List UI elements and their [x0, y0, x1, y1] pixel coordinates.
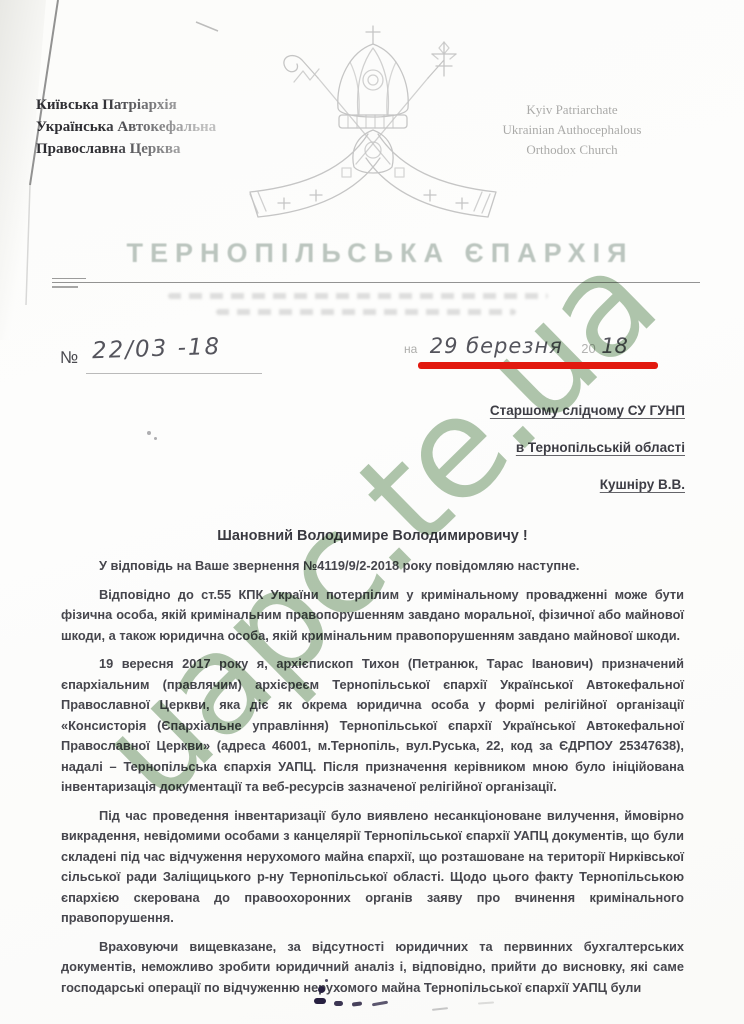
header-divider [52, 282, 700, 283]
faint-address-line [168, 293, 548, 299]
paragraph: Враховуючи вищевказане, за відсутності ю… [61, 937, 684, 999]
date-year-handwritten: 18 [601, 334, 628, 358]
paragraph: Відповідно до ст.55 КПК України потерпіл… [61, 585, 684, 647]
header-divider-tick [52, 278, 86, 279]
addressee-line: Старшому слідчому СУ ГУНП [490, 392, 685, 429]
outgoing-number-sign: № [60, 348, 78, 368]
faint-mark [432, 1007, 448, 1011]
number-underline [86, 373, 262, 374]
addressee-line: в Тернопільській області [490, 429, 685, 466]
date-handwritten: 29 березня [430, 334, 563, 358]
addressee-line: Кушніру В.В. [490, 466, 685, 503]
date-printed-prefix: на [404, 342, 417, 356]
church-mitre-emblem-icon [238, 18, 508, 236]
org-name-line: Українська Автокефальна [36, 116, 266, 138]
org-name-line: Православна Церква [36, 138, 266, 160]
header-divider-tick [52, 286, 78, 288]
org-name-ukrainian: Київська Патріархія Українська Автокефал… [36, 94, 266, 160]
scan-speck [154, 437, 157, 440]
addressee-block: Старшому слідчому СУ ГУНП в Тернопільськ… [490, 392, 685, 503]
org-name-line: Київська Патріархія [36, 94, 266, 116]
scanned-letter-page: Київська Патріархія Українська Автокефал… [0, 0, 744, 1024]
paragraph: 19 вересня 2017 року я, архієпископ Тихо… [61, 654, 684, 798]
scan-edge-lines [0, 0, 260, 320]
salutation: Шановний Володимире Володимировичу ! [61, 528, 684, 544]
faint-address-line [216, 309, 516, 315]
letter-body: У відповідь на Ваше звернення №4119/9/2-… [61, 556, 684, 1006]
paragraph: У відповідь на Ваше звернення №4119/9/2-… [61, 556, 684, 577]
outgoing-number-handwritten: 22/03 -18 [92, 334, 222, 364]
ink-blot [334, 1001, 343, 1006]
ink-blot [318, 986, 325, 993]
red-underline-mark [418, 362, 658, 369]
ink-blot [314, 998, 326, 1004]
eparchy-banner-title: ТЕРНОПІЛЬСЬКА ЄПАРХІЯ [120, 238, 640, 269]
paragraph: Під час проведення інвентаризації було в… [61, 806, 684, 929]
date-year-printed: 20 [581, 341, 595, 356]
ink-blot [325, 979, 328, 982]
scan-speck [147, 431, 151, 435]
date-line: на 29 березня 20 18 [404, 334, 674, 358]
